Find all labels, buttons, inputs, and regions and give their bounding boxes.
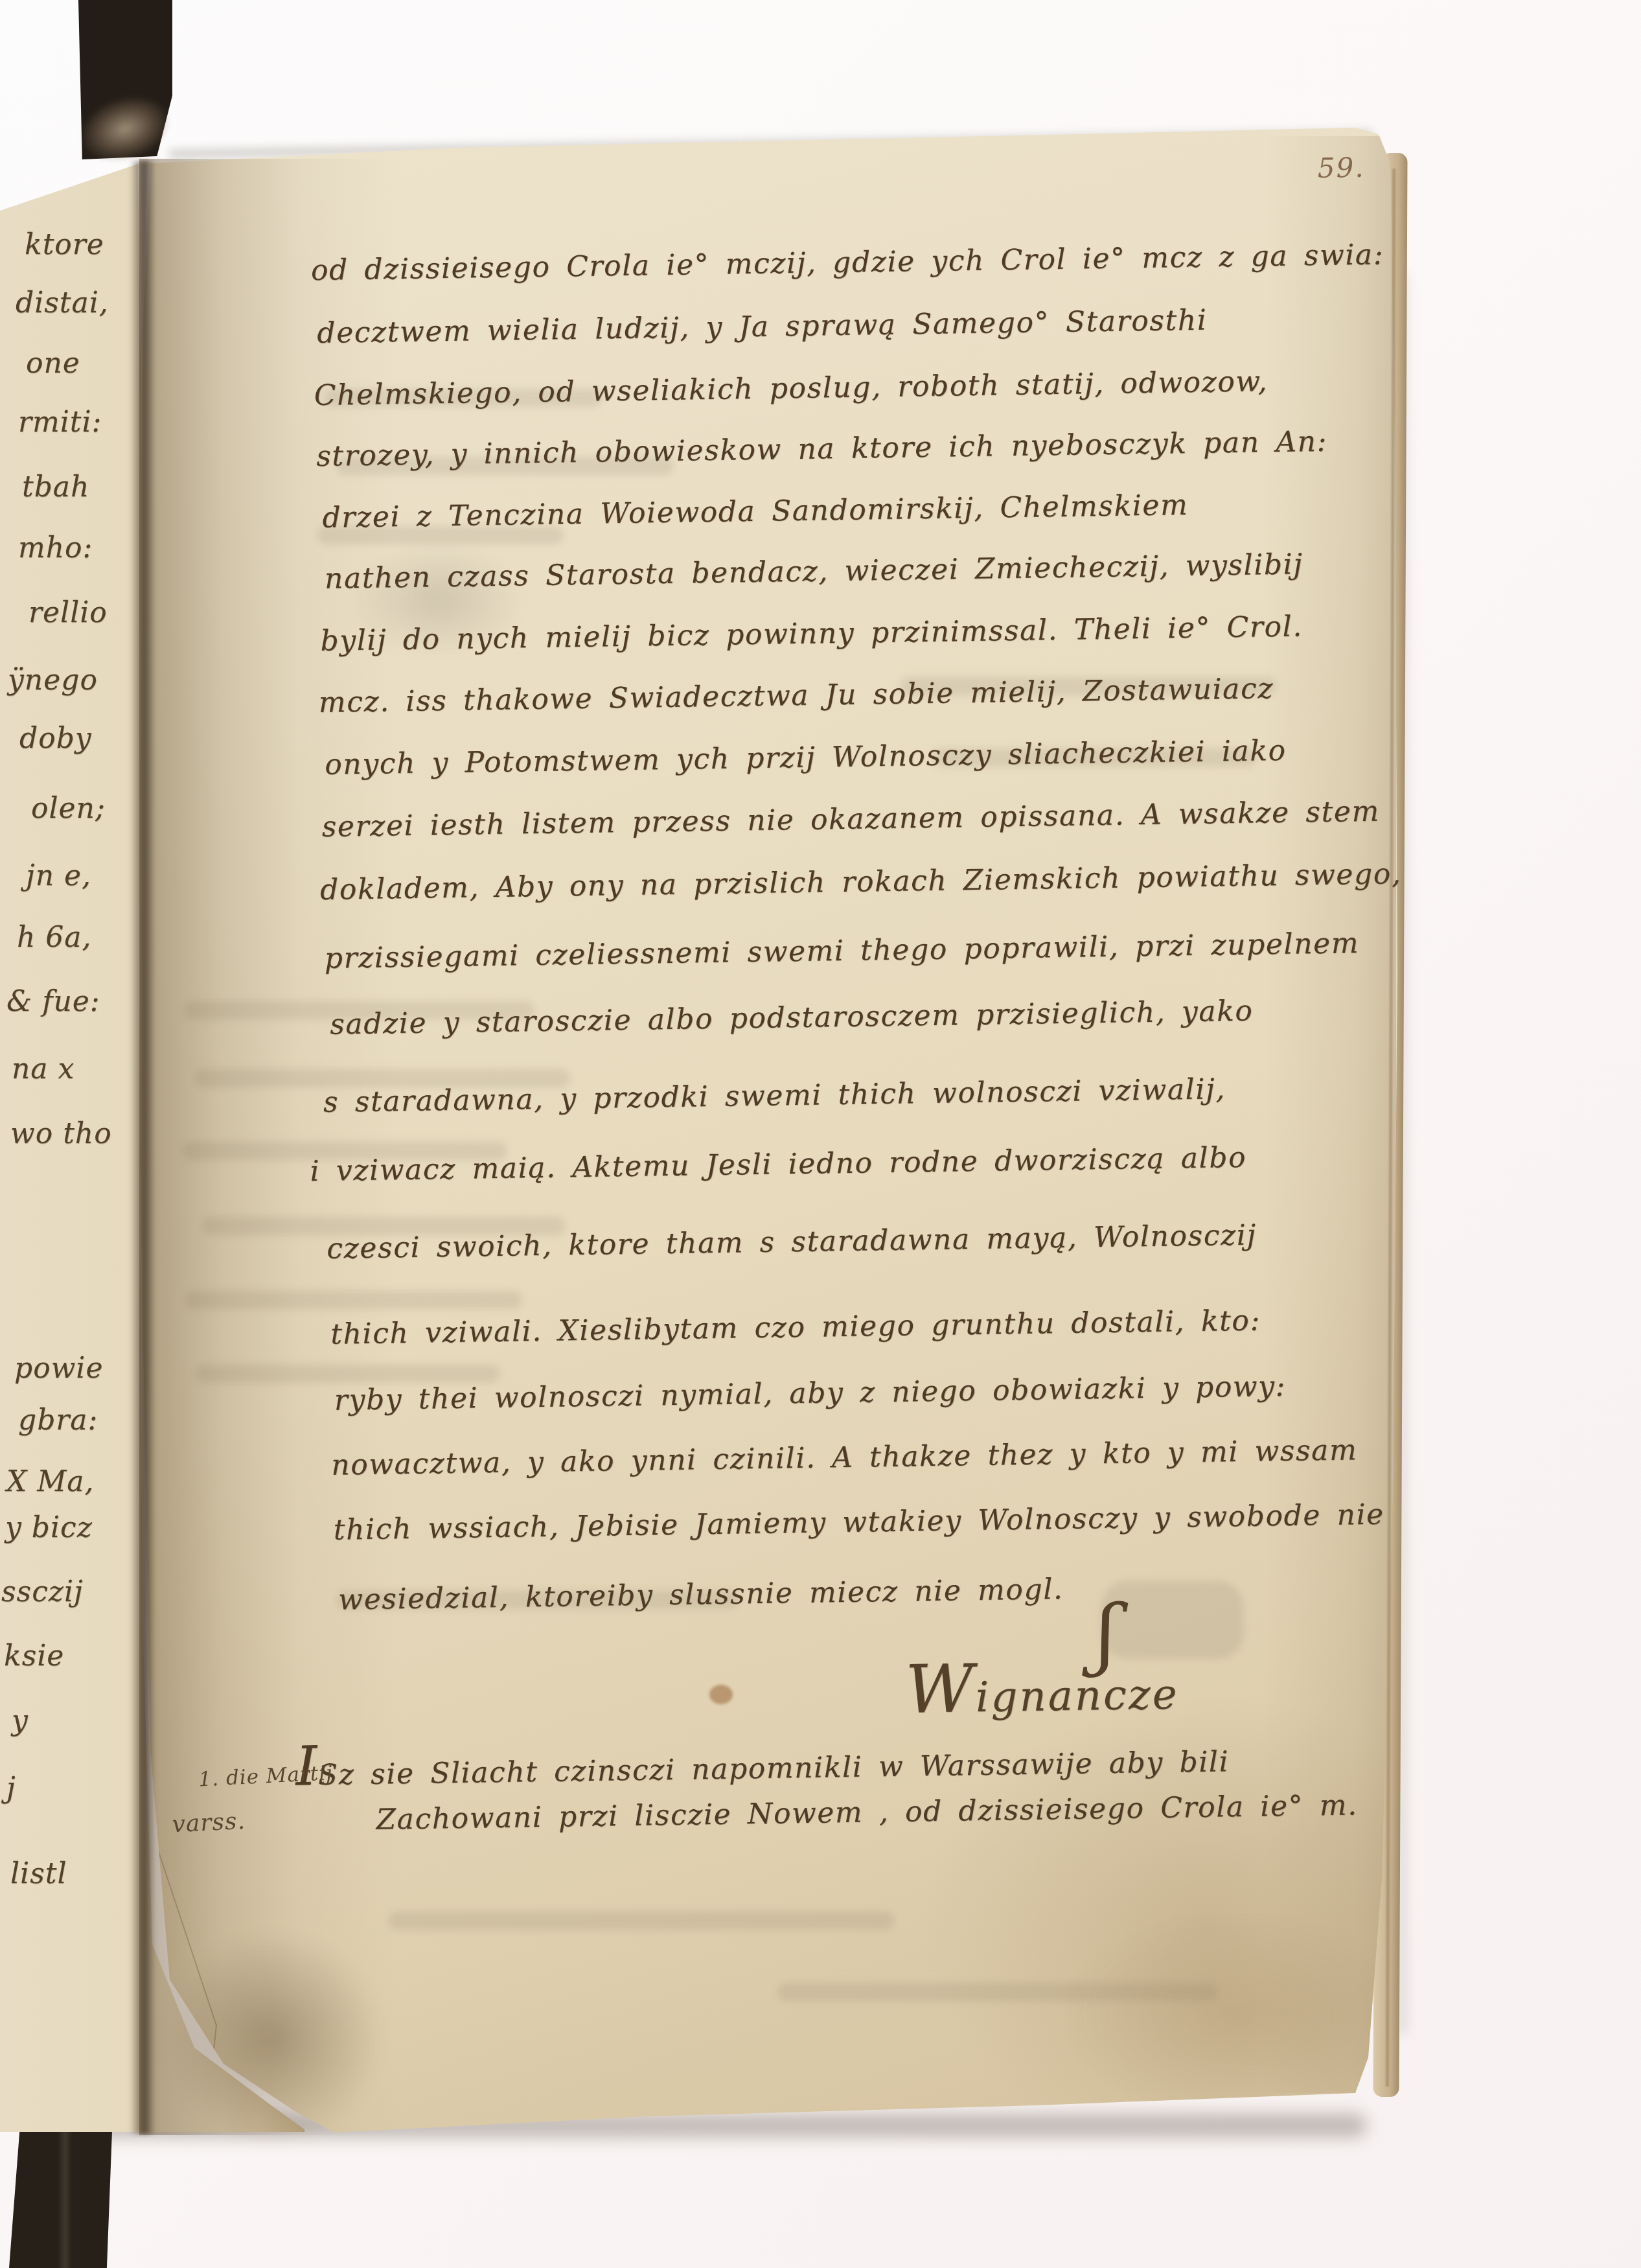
closing-line: Zachowani przi lisczie Nowem , od dzissi… (376, 1788, 1358, 1836)
manuscript-line: ryby thei wolnosczi nymial, aby z niego … (334, 1370, 1286, 1417)
manuscript-line: nathen czass Starosta bendacz, wieczei Z… (325, 548, 1303, 595)
manuscript-line: bylij do nych mielij bicz powinny przini… (320, 610, 1303, 657)
manuscript-line: przissiegami czeliessnemi swemi thego po… (324, 927, 1359, 975)
left-page-fragment: j (6, 1772, 16, 1805)
manuscript-line: onych y Potomstwem ych przij Wolnosczy s… (325, 734, 1287, 781)
manuscript-line: mcz. iss thakowe Swiadecztwa Ju sobie mi… (318, 672, 1274, 719)
manuscript-line: strozey, y innich obowieskow na ktore ic… (316, 425, 1327, 473)
manuscript-line: serzei iesth listem przess nie okazanem … (321, 795, 1380, 844)
manuscript-line: czesci swoich, ktore tham s staradawna m… (327, 1219, 1257, 1266)
manuscript-line: wesiedzial, ktoreiby slussnie miecz nie … (338, 1573, 1064, 1617)
manuscript-line: s staradawna, y przodki swemi thich woln… (323, 1072, 1226, 1119)
heading-flourish: ʃ (1095, 1589, 1118, 1679)
manuscript-line: drzei z Tenczina Woiewoda Sandomirskij, … (322, 489, 1188, 535)
manuscript-scan: { "palette":{ "scanner_background":"#fbf… (0, 0, 1641, 2268)
manuscript-line: Chelmskiego, od wseliakich poslug, robot… (314, 365, 1268, 412)
closing-line: ISz sie Sliacht czinsczi napomnikli w Wa… (295, 1720, 1229, 1798)
manuscript-line: thich vziwali. Xieslibytam czo miego gru… (330, 1304, 1261, 1350)
section-heading: Wignancze (905, 1647, 1179, 1728)
manuscript-line: sadzie y starosczie albo podstarosczem p… (330, 995, 1254, 1041)
manuscript-line: i vziwacz maią. Aktemu Jesli iedno rodne… (310, 1141, 1246, 1188)
manuscript-line: nowacztwa, y ako ynni czinili. A thakze … (331, 1433, 1358, 1481)
margin-note-place: varss. (172, 1808, 246, 1838)
handwriting-layer: od dzissieisego Crola ie° mczij, gdzie y… (0, 0, 1641, 2268)
manuscript-line: decztwem wielia ludzij, y Ja sprawą Same… (317, 303, 1208, 349)
manuscript-line: dokladem, Aby ony na przislich rokach Zi… (320, 857, 1402, 907)
manuscript-line: thich wssiach, Jebisie Jamiemy wtakiey W… (333, 1498, 1384, 1547)
page-number: 59. (1317, 152, 1365, 184)
manuscript-line: od dzissieisego Crola ie° mczij, gdzie y… (311, 238, 1384, 287)
